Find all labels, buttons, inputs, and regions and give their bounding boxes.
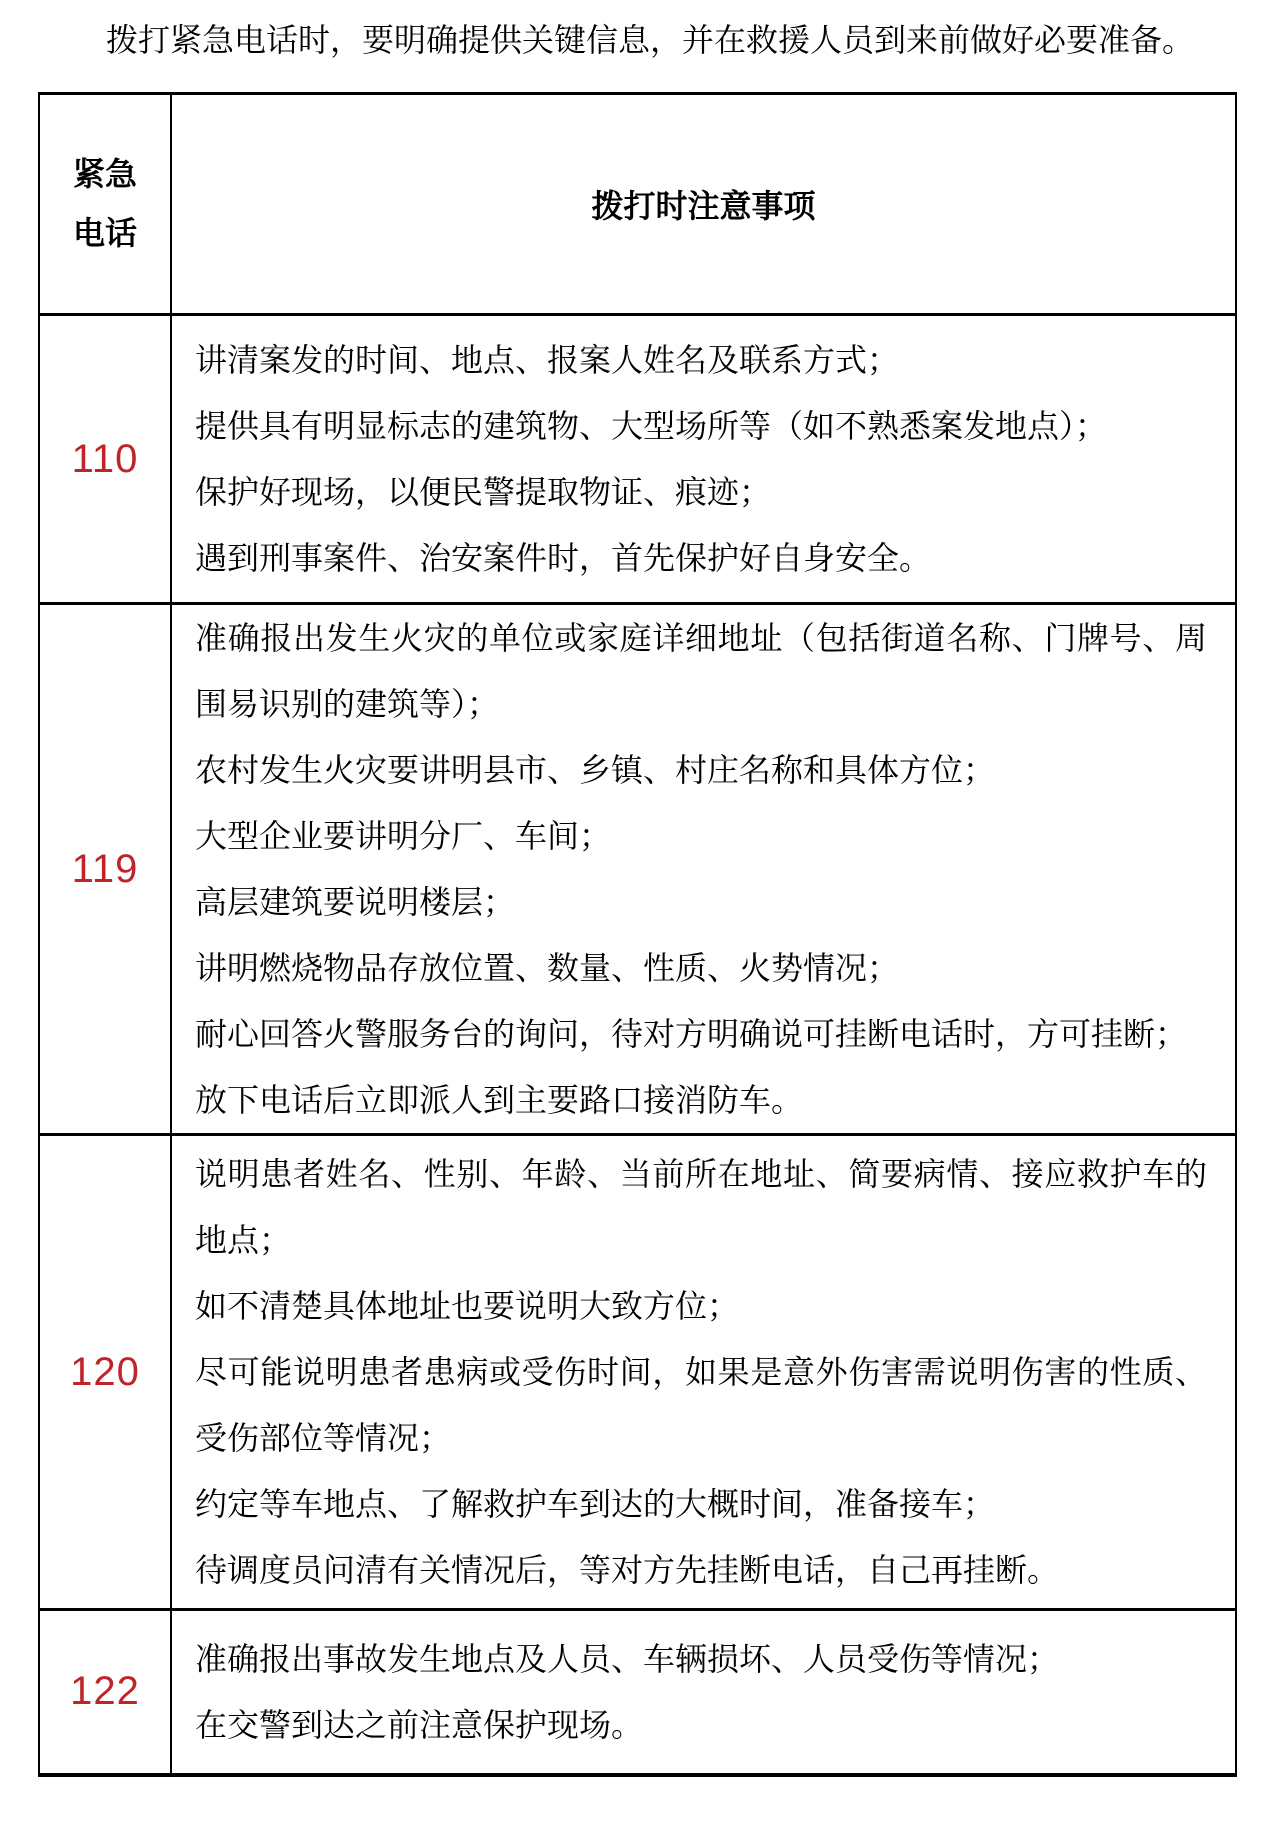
table-header-row: 紧急 电话 拨打时注意事项 bbox=[39, 94, 1236, 315]
phone-number: 110 bbox=[39, 315, 171, 604]
call-notes: 准确报出发生火灾的单位或家庭详细地址（包括街道名称、门牌号、周围易识别的建筑等）… bbox=[171, 604, 1236, 1135]
note-line: 农村发生火灾要讲明县市、乡镇、村庄名称和具体方位； bbox=[195, 737, 1207, 803]
note-line: 高层建筑要说明楼层； bbox=[195, 869, 1207, 935]
table-row: 119准确报出发生火灾的单位或家庭详细地址（包括街道名称、门牌号、周围易识别的建… bbox=[39, 604, 1236, 1135]
call-notes: 准确报出事故发生地点及人员、车辆损坏、人员受伤等情况；在交警到达之前注意保护现场… bbox=[171, 1610, 1236, 1775]
note-line: 如不清楚具体地址也要说明大致方位； bbox=[195, 1273, 1207, 1339]
call-notes: 说明患者姓名、性别、年龄、当前所在地址、简要病情、接应救护车的地点；如不清楚具体… bbox=[171, 1135, 1236, 1610]
page-title: 拨打紧急电话时，要明确提供关键信息，并在救援人员到来前做好必要准备。 bbox=[106, 18, 1194, 62]
header-cell-emergency-phone: 紧急 电话 bbox=[39, 94, 171, 315]
header-phone-line-2: 电话 bbox=[40, 204, 170, 263]
header-phone-line-1: 紧急 bbox=[40, 145, 170, 204]
note-line: 在交警到达之前注意保护现场。 bbox=[195, 1692, 1207, 1758]
header-cell-call-notes: 拨打时注意事项 bbox=[171, 94, 1236, 315]
table-row: 110讲清案发的时间、地点、报案人姓名及联系方式；提供具有明显标志的建筑物、大型… bbox=[39, 315, 1236, 604]
table-body: 110讲清案发的时间、地点、报案人姓名及联系方式；提供具有明显标志的建筑物、大型… bbox=[39, 315, 1236, 1775]
note-line: 保护好现场，以便民警提取物证、痕迹； bbox=[195, 459, 1207, 525]
table-row: 120说明患者姓名、性别、年龄、当前所在地址、简要病情、接应救护车的地点；如不清… bbox=[39, 1135, 1236, 1610]
note-line: 耐心回答火警服务台的询问，待对方明确说可挂断电话时，方可挂断； bbox=[195, 1001, 1207, 1067]
phone-number: 120 bbox=[39, 1135, 171, 1610]
note-line: 讲明燃烧物品存放位置、数量、性质、火势情况； bbox=[195, 935, 1207, 1001]
phone-number: 122 bbox=[39, 1610, 171, 1775]
note-line: 提供具有明显标志的建筑物、大型场所等（如不熟悉案发地点）； bbox=[195, 393, 1207, 459]
note-line: 说明患者姓名、性别、年龄、当前所在地址、简要病情、接应救护车的地点； bbox=[195, 1141, 1207, 1273]
note-line: 约定等车地点、了解救护车到达的大概时间，准备接车； bbox=[195, 1471, 1207, 1537]
note-line: 待调度员问清有关情况后，等对方先挂断电话，自己再挂断。 bbox=[195, 1537, 1207, 1603]
call-notes: 讲清案发的时间、地点、报案人姓名及联系方式；提供具有明显标志的建筑物、大型场所等… bbox=[171, 315, 1236, 604]
note-line: 准确报出事故发生地点及人员、车辆损坏、人员受伤等情况； bbox=[195, 1626, 1207, 1692]
note-line: 讲清案发的时间、地点、报案人姓名及联系方式； bbox=[195, 327, 1207, 393]
note-line: 大型企业要讲明分厂、车间； bbox=[195, 803, 1207, 869]
table-row: 122准确报出事故发生地点及人员、车辆损坏、人员受伤等情况；在交警到达之前注意保… bbox=[39, 1610, 1236, 1775]
phone-number: 119 bbox=[39, 604, 171, 1135]
note-line: 准确报出发生火灾的单位或家庭详细地址（包括街道名称、门牌号、周围易识别的建筑等）… bbox=[195, 605, 1207, 737]
note-line: 放下电话后立即派人到主要路口接消防车。 bbox=[195, 1067, 1207, 1133]
note-line: 遇到刑事案件、治安案件时，首先保护好自身安全。 bbox=[195, 525, 1207, 591]
page: 拨打紧急电话时，要明确提供关键信息，并在救援人员到来前做好必要准备。 紧急 电话… bbox=[0, 0, 1272, 1842]
emergency-numbers-table: 紧急 电话 拨打时注意事项 110讲清案发的时间、地点、报案人姓名及联系方式；提… bbox=[38, 92, 1237, 1777]
note-line: 尽可能说明患者患病或受伤时间，如果是意外伤害需说明伤害的性质、受伤部位等情况； bbox=[195, 1339, 1207, 1471]
